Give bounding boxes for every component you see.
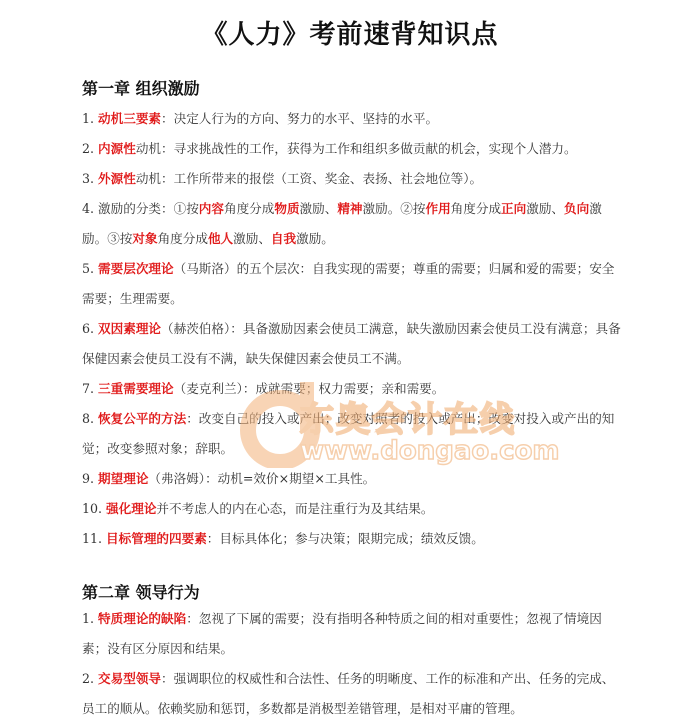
item-number: 2. — [82, 671, 98, 686]
item-number: 7. — [82, 381, 98, 396]
item-text: 动机：寻求挑战性的工作，获得为工作和组织多做贡献的机会，实现个人潜力。 — [136, 141, 577, 156]
chapter-heading-1: 第一章 组织激励 — [82, 76, 200, 99]
item-text: 角度分成 — [224, 201, 274, 216]
highlight-term: 三重需要理论 — [98, 381, 174, 396]
item-text: 角度分成 — [451, 201, 501, 216]
item-text: ：目标具体化；参与决策；限期完成；绩效反馈。 — [207, 531, 484, 546]
item-text: ：决定人行为的方向、努力的水平、坚持的水平。 — [161, 111, 438, 126]
list-item: 6. 双因素理论（赫茨伯格）：具备激励因素会使员工满意，缺失激励因素会使员工没有… — [82, 314, 622, 374]
list-item: 2. 内源性动机：寻求挑战性的工作，获得为工作和组织多做贡献的机会，实现个人潜力… — [82, 134, 622, 164]
highlight-term: 恢复公平的方法 — [98, 411, 186, 426]
highlight-term: 交易型领导 — [98, 671, 161, 686]
highlight-term: 双因素理论 — [98, 321, 161, 336]
list-item: 11. 目标管理的四要素：目标具体化；参与决策；限期完成；绩效反馈。 — [82, 524, 622, 554]
highlight-term: 内源性 — [98, 141, 136, 156]
highlight-term: 负向 — [564, 201, 589, 216]
item-number: 10. — [82, 501, 106, 516]
item-text: 激励、 — [233, 231, 271, 246]
highlight-term: 期望理论 — [98, 471, 148, 486]
item-text: 动机：工作所带来的报偿（工资、奖金、表扬、社会地位等）。 — [136, 171, 482, 186]
highlight-term: 自我 — [271, 231, 296, 246]
highlight-term: 精神 — [337, 201, 362, 216]
item-number: 11. — [82, 531, 106, 546]
item-text: （麦克利兰）：成就需要；权力需要；亲和需要。 — [174, 381, 445, 396]
list-item: 8. 恢复公平的方法：改变自己的投入或产出；改变对照者的投入或产出；改变对投入或… — [82, 404, 622, 464]
item-number: 4. — [82, 201, 98, 216]
item-text: 激励。 — [296, 231, 334, 246]
highlight-term: 特质理论的缺陷 — [98, 611, 186, 626]
highlight-term: 内容 — [199, 201, 224, 216]
item-number: 9. — [82, 471, 98, 486]
document-title: 《人力》考前速背知识点 — [0, 14, 700, 51]
list-item: 7. 三重需要理论（麦克利兰）：成就需要；权力需要；亲和需要。 — [82, 374, 622, 404]
highlight-term: 作用 — [425, 201, 450, 216]
list-item: 9. 期望理论（弗洛姆）：动机=效价×期望×工具性。 — [82, 464, 622, 494]
list-item: 5. 需要层次理论（马斯洛）的五个层次：自我实现的需要；尊重的需要；归属和爱的需… — [82, 254, 622, 314]
item-text: 激励的分类：①按 — [98, 201, 199, 216]
highlight-term: 需要层次理论 — [98, 261, 174, 276]
item-text: 激励。②按 — [363, 201, 426, 216]
item-text: （弗洛姆）：动机=效价×期望×工具性。 — [148, 471, 375, 486]
item-number: 3. — [82, 171, 98, 186]
list-item: 10. 强化理论并不考虑人的内在心态，而是注重行为及其结果。 — [82, 494, 622, 524]
item-text: 角度分成 — [158, 231, 208, 246]
item-number: 1. — [82, 111, 98, 126]
list-item: 1. 动机三要素：决定人行为的方向、努力的水平、坚持的水平。 — [82, 104, 622, 134]
item-number: 2. — [82, 141, 98, 156]
highlight-term: 动机三要素 — [98, 111, 161, 126]
item-text: 并不考虑人的内在心态，而是注重行为及其结果。 — [156, 501, 433, 516]
list-item: 3. 外源性动机：工作所带来的报偿（工资、奖金、表扬、社会地位等）。 — [82, 164, 622, 194]
highlight-term: 正向 — [501, 201, 526, 216]
highlight-term: 物质 — [274, 201, 299, 216]
list-item: 1. 特质理论的缺陷：忽视了下属的需要；没有指明各种特质之间的相对重要性；忽视了… — [82, 604, 622, 664]
highlight-term: 目标管理的四要素 — [106, 531, 207, 546]
item-number: 8. — [82, 411, 98, 426]
list-item: 4. 激励的分类：①按内容角度分成物质激励、精神激励。②按作用角度分成正向激励、… — [82, 194, 622, 254]
item-text: 激励、 — [526, 201, 564, 216]
item-text: ：强调职位的权威性和合法性、任务的明晰度、工作的标准和产出、任务的完成、员工的顺… — [82, 671, 614, 716]
highlight-term: 强化理论 — [106, 501, 156, 516]
item-number: 5. — [82, 261, 98, 276]
highlight-term: 他人 — [208, 231, 233, 246]
item-number: 6. — [82, 321, 98, 336]
item-number: 1. — [82, 611, 98, 626]
item-text: 激励、 — [300, 201, 338, 216]
highlight-term: 外源性 — [98, 171, 136, 186]
list-item: 2. 交易型领导：强调职位的权威性和合法性、任务的明晰度、工作的标准和产出、任务… — [82, 664, 622, 720]
chapter-heading-2: 第二章 领导行为 — [82, 580, 200, 603]
highlight-term: 对象 — [132, 231, 157, 246]
item-text: （赫茨伯格）：具备激励因素会使员工满意，缺失激励因素会使员工没有满意；具备保健因… — [82, 321, 621, 366]
